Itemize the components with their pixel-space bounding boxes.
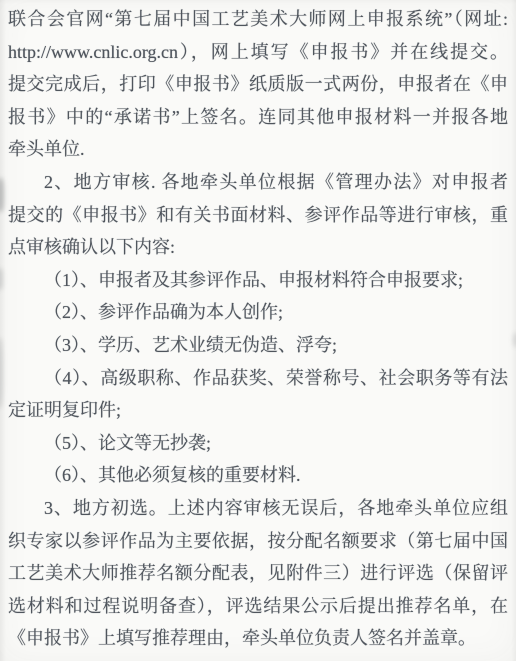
text-line: （6）、其他必须复核的重要材料. (8, 459, 508, 492)
text-line: 提交完成后，打印《申报书》纸质版一式两份，申报者在《申 (8, 68, 508, 101)
text-line: 3、地方初选。上述内容审核无误后，各地牵头单位应组 (8, 492, 508, 525)
text-line: （3）、学历、艺术业绩无伪造、浮夸; (8, 329, 508, 362)
text-line: http://www.cnlic.org.cn），网上填写《申报书》并在线提交。 (8, 36, 508, 69)
text-line: 工艺美术大师推荐名额分配表，见附件三）进行评选（保留评 (8, 557, 508, 590)
document-text-block: 联合会官网“第七届中国工艺美术大师网上申报系统”（网址:http://www.c… (8, 3, 508, 655)
document-page: 联合会官网“第七届中国工艺美术大师网上申报系统”（网址:http://www.c… (0, 0, 516, 661)
text-line: 选材料和过程说明备查），评选结果公示后提出推荐名单，在 (8, 590, 508, 623)
text-line: （2）、参评作品确为本人创作; (8, 296, 508, 329)
text-line: 联合会官网“第七届中国工艺美术大师网上申报系统”（网址: (8, 3, 508, 36)
text-line: 报书》中的“承诺书”上签名。连同其他申报材料一并报各地 (8, 101, 508, 134)
text-line: 提交的《申报书》和有关书面材料、参评作品等进行审核，重 (8, 199, 508, 232)
scan-artifact-left-1 (0, 178, 4, 212)
scan-artifact-left-2 (0, 268, 3, 290)
text-line: 《申报书》上填写推荐理由，牵头单位负责人签名并盖章。 (8, 622, 508, 655)
text-line: 牵头单位. (8, 133, 508, 166)
text-line: （5）、论文等无抄袭; (8, 427, 508, 460)
text-line: 织专家以参评作品为主要依据，按分配名额要求（第七届中国 (8, 525, 508, 558)
scan-artifact-left-3 (0, 338, 3, 408)
text-line: 定证明复印件; (8, 394, 508, 427)
text-line: 点审核确认以下内容: (8, 231, 508, 264)
text-line: （1）、申报者及其参评作品、申报材料符合申报要求; (8, 264, 508, 297)
text-line: （4）、高级职称、作品获奖、荣誉称号、社会职务等有法 (8, 362, 508, 395)
text-line: 2、地方审核. 各地牵头单位根据《管理办法》对申报者 (8, 166, 508, 199)
